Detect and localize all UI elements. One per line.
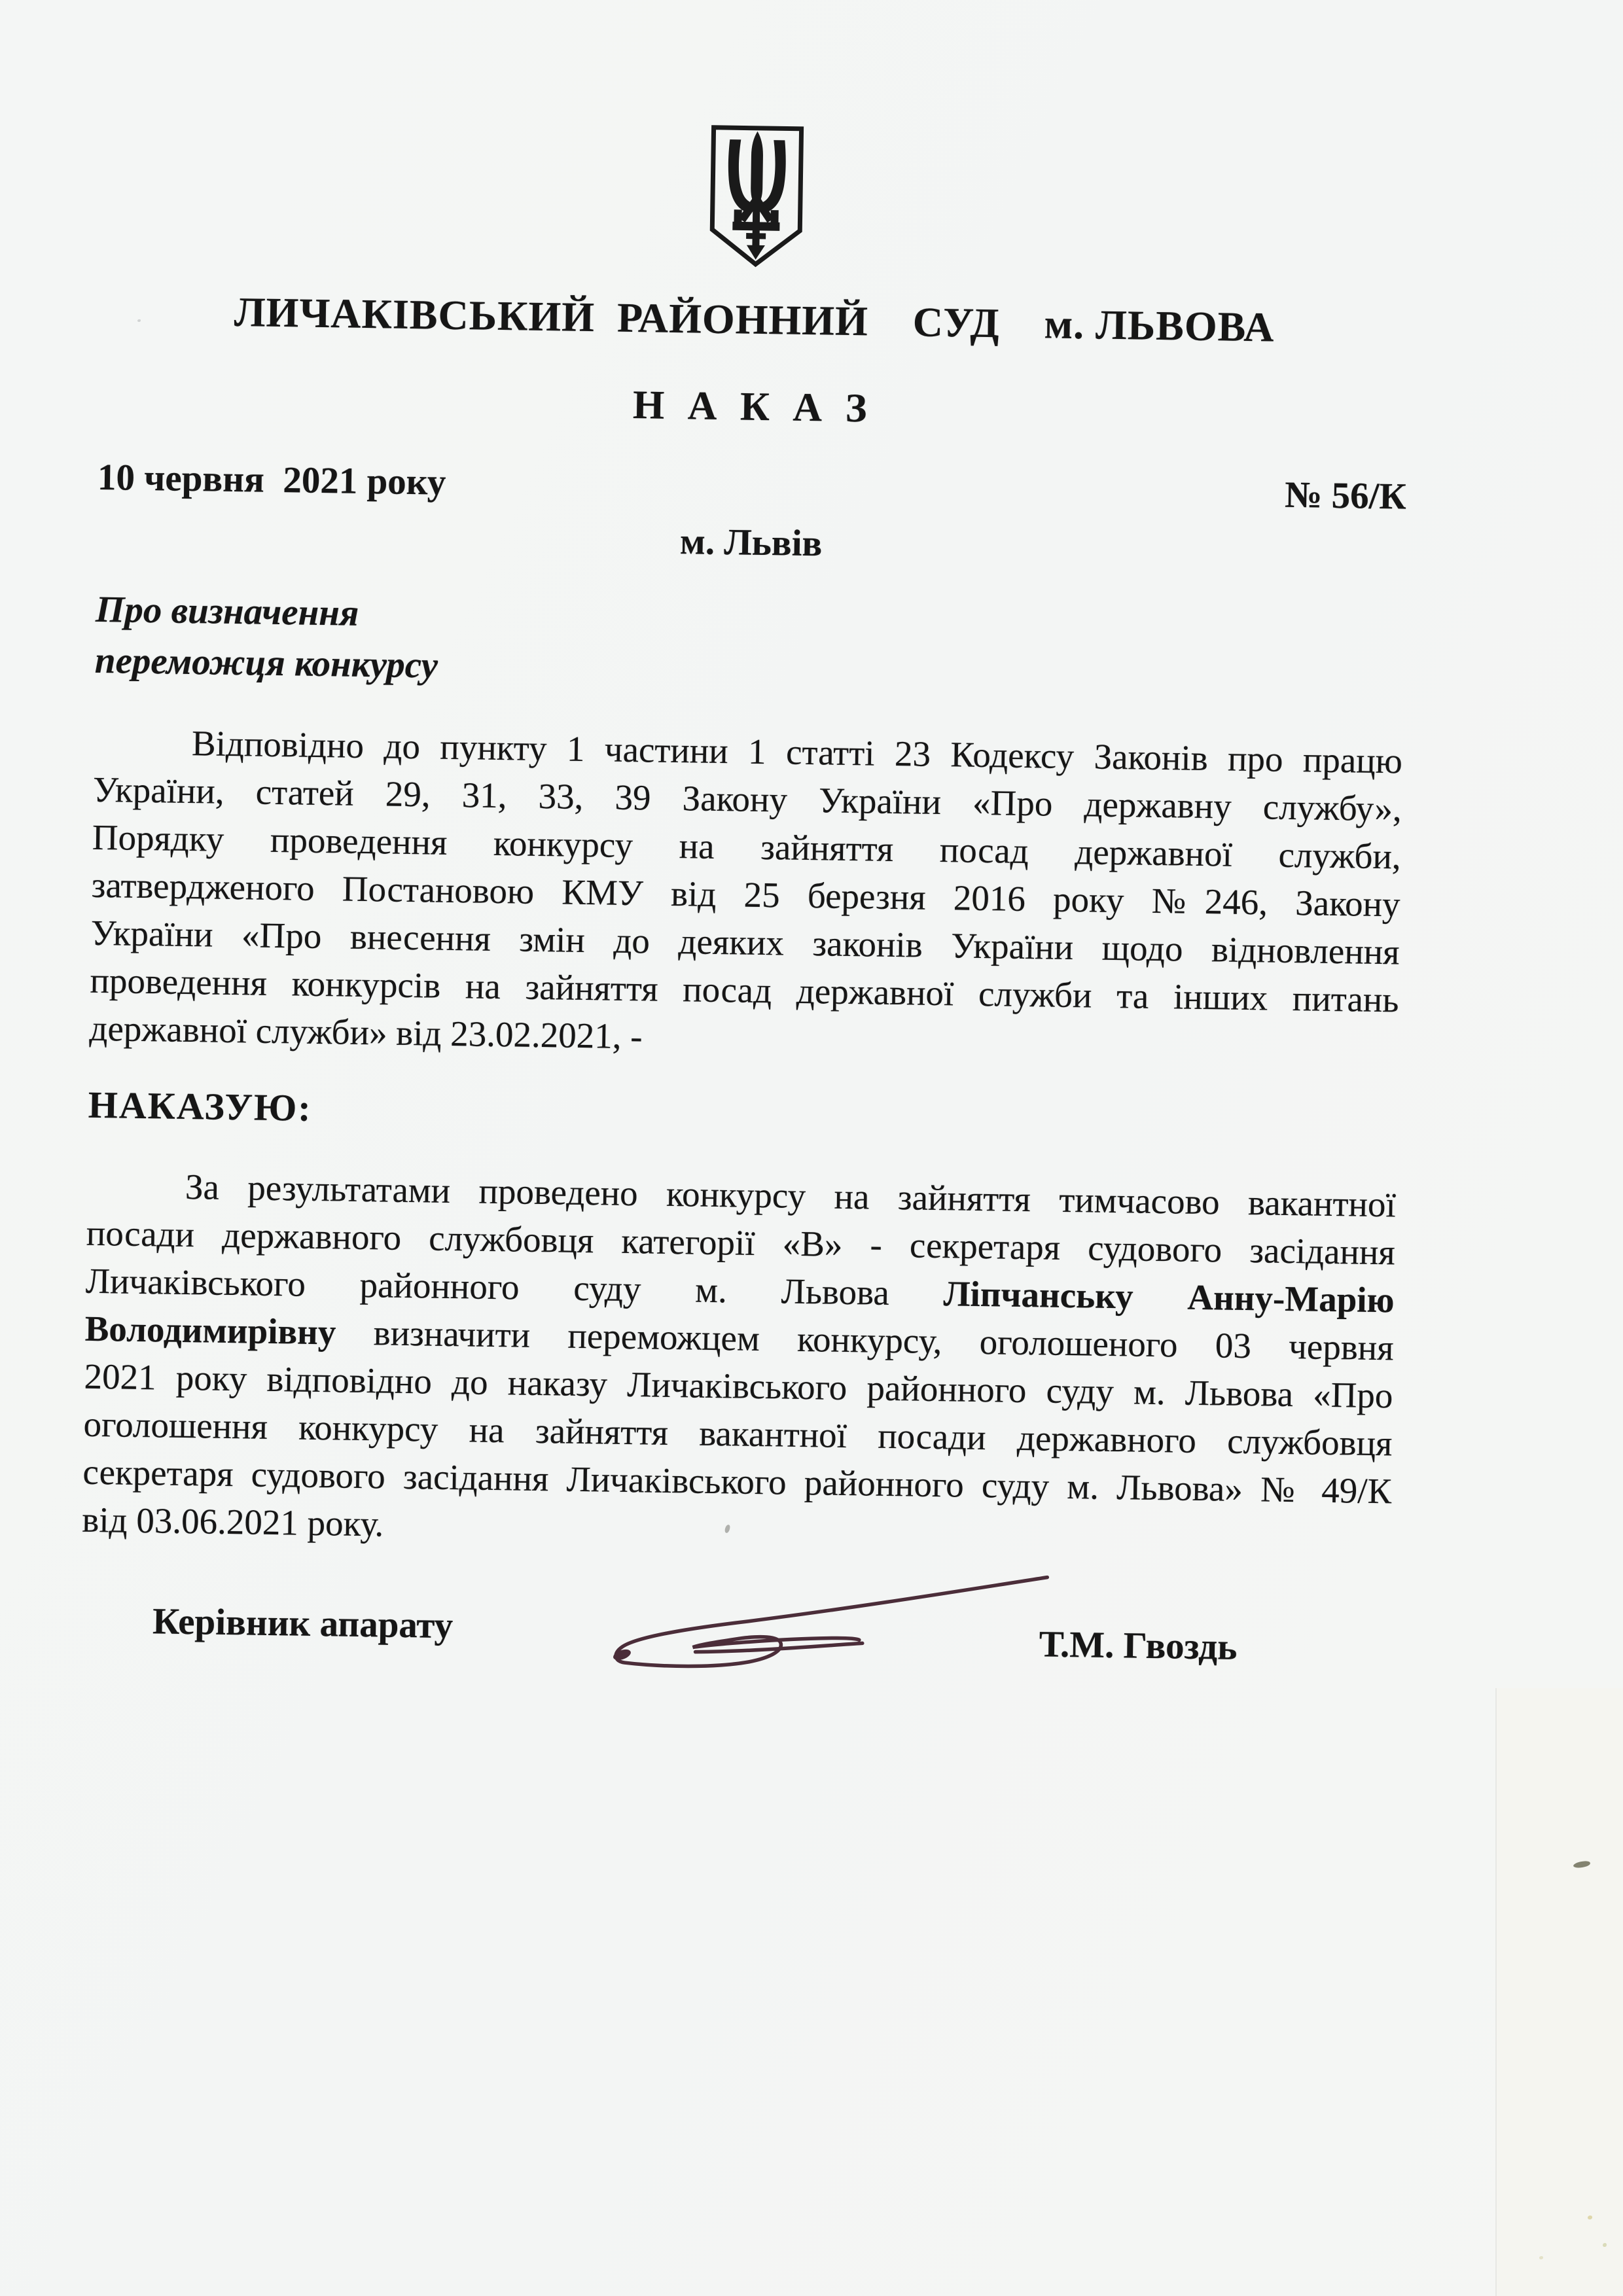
scan-edge-artifact — [1495, 1688, 1623, 2296]
scan-speck — [137, 319, 141, 322]
ukraine-trident-emblem-icon — [705, 123, 807, 270]
handwritten-signature — [583, 1563, 1050, 1720]
scan-speck — [1588, 2216, 1592, 2219]
scan-speck — [1603, 2243, 1607, 2247]
document-content: ЛИЧАКІВСЬКИЙ РАЙОННИЙ СУД м. ЛЬВОВА Н А … — [0, 0, 1623, 1749]
order-body-paragraph: За результатами проведено конкурсу на за… — [82, 1161, 1396, 1563]
scan-speck — [1539, 2256, 1543, 2259]
winner-name-bold: Ліпчанську Анну-Марію — [943, 1273, 1395, 1320]
emblem-area — [101, 114, 1412, 281]
signer-name: Т.М. Гвоздь — [1039, 1623, 1238, 1668]
scanned-order-page: ЛИЧАКІВСЬКИЙ РАЙОННИЙ СУД м. ЛЬВОВА Н А … — [0, 0, 1623, 2296]
order-date: 10 червня 2021 року — [98, 453, 446, 506]
document-type-heading: Н А К А З — [98, 374, 1408, 440]
court-name-heading: ЛИЧАКІВСЬКИЙ РАЙОННИЙ СУД м. ЛЬВОВА — [99, 286, 1409, 354]
city-line: м. Львів — [96, 509, 1406, 576]
signer-position-label: Керівник апарату — [152, 1600, 454, 1647]
order-number: № 56/К — [1285, 471, 1407, 521]
date-number-row: 10 червня 2021 року № 56/К — [98, 453, 1407, 521]
subject-block: Про визначення переможця конкурсу — [94, 584, 1404, 706]
winner-name-bold: Володимирівну — [84, 1309, 336, 1352]
legal-basis-paragraph: Відповідно до пункту 1 частини 1 статті … — [89, 718, 1402, 1072]
order-verb: НАКАЗУЮ: — [88, 1081, 1397, 1148]
signature-block: Керівник апарату Т.М. Гвоздь — [79, 1563, 1390, 1746]
